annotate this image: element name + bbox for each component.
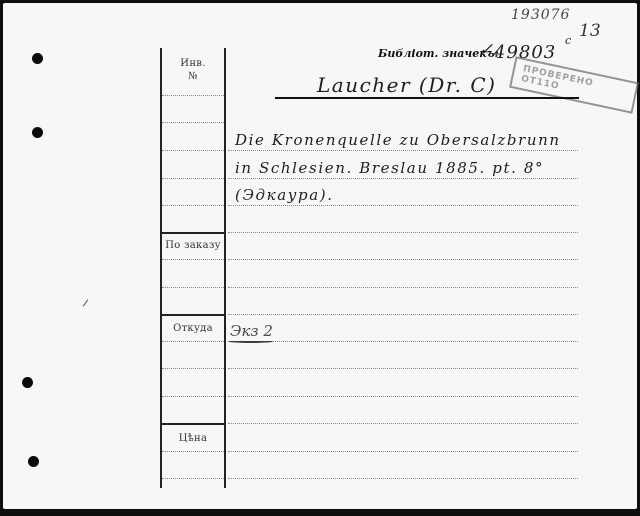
punch-hole (32, 127, 43, 138)
title-line-2: in Schlesien. Breslau 1885. pt. 8° (235, 159, 544, 177)
ruled-line (228, 451, 578, 452)
source-underline (229, 340, 273, 343)
accession-number: 193076 (511, 7, 570, 23)
library-mark-suffix: с (565, 34, 571, 47)
library-mark-check: ✓ (479, 40, 493, 60)
punch-hole (22, 377, 33, 388)
left-rule (162, 396, 224, 397)
left-column-border (160, 48, 162, 488)
stray-mark (83, 299, 88, 306)
ruled-line (228, 396, 578, 397)
ruled-line (228, 205, 578, 206)
section-separator (162, 314, 224, 316)
punch-hole (28, 456, 39, 467)
left-rule (162, 368, 224, 369)
ruled-line (228, 341, 578, 342)
column-divider (224, 48, 226, 488)
ruled-line (228, 478, 578, 479)
ruled-line (228, 314, 578, 315)
left-rule (162, 95, 224, 96)
title-line-1: Die Kronenquelle zu Obersalzbrunn (235, 131, 561, 149)
punch-hole (32, 53, 43, 64)
left-rule (162, 122, 224, 123)
ruled-line (228, 368, 578, 369)
left-rule (162, 287, 224, 288)
ruled-line (228, 287, 578, 288)
section-separator (162, 423, 224, 425)
ruled-line (228, 423, 578, 424)
source-value: Экз 2 (230, 322, 273, 340)
ruled-line (228, 178, 578, 179)
section-separator (162, 232, 224, 234)
order-label: По заказу (162, 240, 224, 251)
ruled-line (228, 150, 578, 151)
left-rule (162, 205, 224, 206)
catalog-card: 193076 13 Библіот. значекъ: ✓ 49803 с ПР… (3, 3, 637, 509)
title-line-3: (Эдкаура). (235, 186, 334, 204)
source-label: Откуда (162, 323, 224, 334)
inventory-number-label: № (162, 71, 224, 82)
ruled-line (228, 232, 578, 233)
left-rule (162, 451, 224, 452)
corner-mark: 13 (579, 21, 601, 41)
left-rule (162, 150, 224, 151)
inventory-label: Инв. (162, 58, 224, 69)
left-rule (162, 259, 224, 260)
price-label: Цѣна (162, 433, 224, 444)
verification-stamp: ПРОВЕРЕНО ОТ11О (509, 56, 639, 113)
left-rule (162, 341, 224, 342)
ruled-line (228, 259, 578, 260)
author-name: Laucher (Dr. C) (317, 73, 496, 97)
author-rule (275, 97, 579, 99)
left-rule (162, 178, 224, 179)
left-rule (162, 478, 224, 479)
